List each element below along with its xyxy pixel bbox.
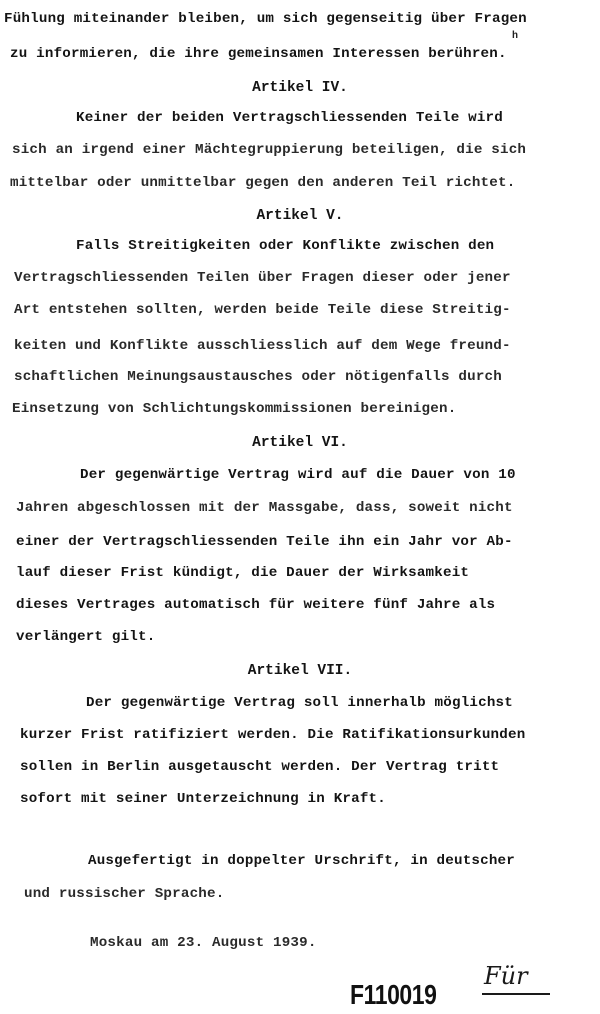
article-heading: Artikel V. — [0, 207, 600, 225]
article-heading: Artikel IV. — [0, 79, 600, 97]
article-line: Der gegenwärtige Vertrag soll innerhalb … — [86, 694, 513, 712]
article-line: Art entstehen sollten, werden beide Teil… — [14, 301, 511, 319]
article-line: Jahren abgeschlossen mit der Massgabe, d… — [16, 499, 513, 517]
article-line: kurzer Frist ratifiziert werden. Die Rat… — [20, 726, 525, 744]
archive-reference-number: F110019 — [350, 980, 437, 1010]
article-line: Der gegenwärtige Vertrag wird auf die Da… — [80, 466, 516, 484]
article-line: mittelbar oder unmittelbar gegen den and… — [10, 174, 515, 192]
initials-underline — [482, 993, 550, 995]
article-line: Falls Streitigkeiten oder Konflikte zwis… — [76, 237, 494, 255]
article-line: sofort mit seiner Unterzeichnung in Kraf… — [20, 790, 386, 808]
article-line: Keiner der beiden Vertragschliessenden T… — [76, 109, 503, 127]
handwritten-insertion-mark: h — [512, 32, 518, 42]
typewritten-document-page: Fühlung miteinander bleiben, um sich geg… — [0, 0, 600, 1014]
closing-line: Ausgefertigt in doppelter Urschrift, in … — [88, 852, 515, 870]
place-date: Moskau am 23. August 1939. — [90, 934, 317, 952]
article-line: schaftlichen Meinungsaustausches oder nö… — [14, 368, 502, 386]
article-heading: Artikel VII. — [0, 662, 600, 680]
article-line: Einsetzung von Schlichtungskommissionen … — [12, 400, 456, 418]
article-heading: Artikel VI. — [0, 434, 600, 452]
article-line: einer der Vertragschliessenden Teile ihn… — [16, 533, 513, 551]
handwritten-initials: Für — [484, 963, 528, 989]
article-line: dieses Vertrages automatisch für weitere… — [16, 596, 495, 614]
article-line: verlängert gilt. — [16, 628, 155, 646]
continuation-line: Fühlung miteinander bleiben, um sich geg… — [4, 10, 527, 28]
article-line: lauf dieser Frist kündigt, die Dauer der… — [16, 564, 469, 582]
closing-line: und russischer Sprache. — [24, 885, 224, 903]
article-line: sollen in Berlin ausgetauscht werden. De… — [20, 758, 499, 776]
article-line: Vertragschliessenden Teilen über Fragen … — [14, 269, 511, 287]
continuation-line: zu informieren, die ihre gemeinsamen Int… — [10, 45, 507, 63]
article-line: sich an irgend einer Mächtegruppierung b… — [12, 141, 526, 159]
article-line: keiten und Konflikte ausschliesslich auf… — [14, 337, 511, 355]
